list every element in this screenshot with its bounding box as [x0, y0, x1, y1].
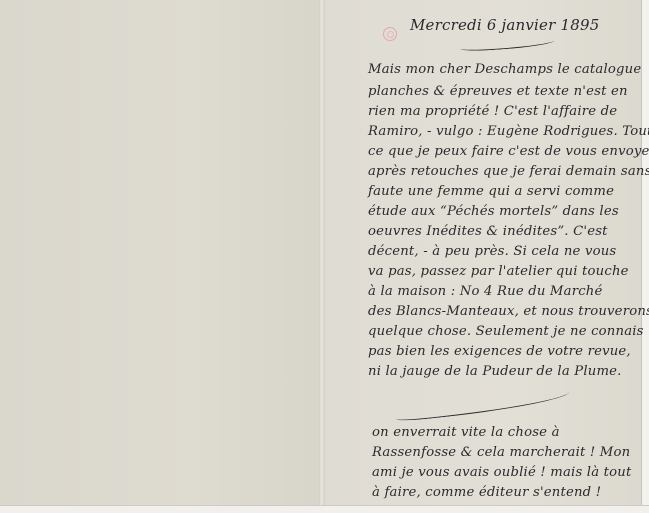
letter-line: quelque chose. Seulement je ne connais — [368, 324, 644, 339]
letter-line: Ramiro, - vulgo : Eugène Rodrigues. Tout — [368, 124, 649, 139]
letter-line: faute une femme qui a servi comme — [368, 184, 614, 199]
letter-line: à la maison : No 4 Rue du Marché — [368, 284, 603, 299]
letter-line: oeuvres Inédites & inédites”. C'est — [368, 224, 608, 239]
letter-date: Mercredi 6 janvier 1895 — [410, 16, 599, 34]
letter-line: après retouches que je ferai demain sans — [368, 164, 649, 179]
postscript-line: Rassenfosse & cela marcherait ! Mon — [372, 445, 630, 460]
letter-line: ni la jauge de la Pudeur de la Plume. — [368, 364, 622, 379]
letter-line: rien ma propriété ! C'est l'affaire de — [368, 104, 617, 119]
letter-line: décent, - à peu près. Si cela ne vous — [368, 244, 616, 259]
scan-bottom-margin — [0, 505, 649, 513]
left-page-blank — [0, 0, 319, 505]
letter-line: va pas, passez par l'atelier qui touche — [368, 264, 629, 279]
postscript-line: on enverrait vite la chose à — [372, 425, 560, 440]
letter-line: étude aux “Péchés mortels” dans les — [368, 204, 619, 219]
postscript-line: à faire, comme éditeur s'entend ! — [372, 485, 601, 500]
letter-line: ce que je peux faire c'est de vous envoy… — [368, 144, 649, 159]
library-stamp-icon — [383, 27, 397, 41]
letter-line: pas bien les exigences de votre revue, — [368, 344, 631, 359]
letter-line: planches & épreuves et texte n'est en — [368, 84, 628, 99]
letter-line: des Blancs-Manteaux, et nous trouverons — [368, 304, 649, 319]
postscript-line: ami je vous avais oublié ! mais là tout — [372, 465, 632, 480]
letter-line: Mais mon cher Deschamps le catalogue — [368, 62, 641, 77]
scan-right-margin — [641, 0, 649, 513]
